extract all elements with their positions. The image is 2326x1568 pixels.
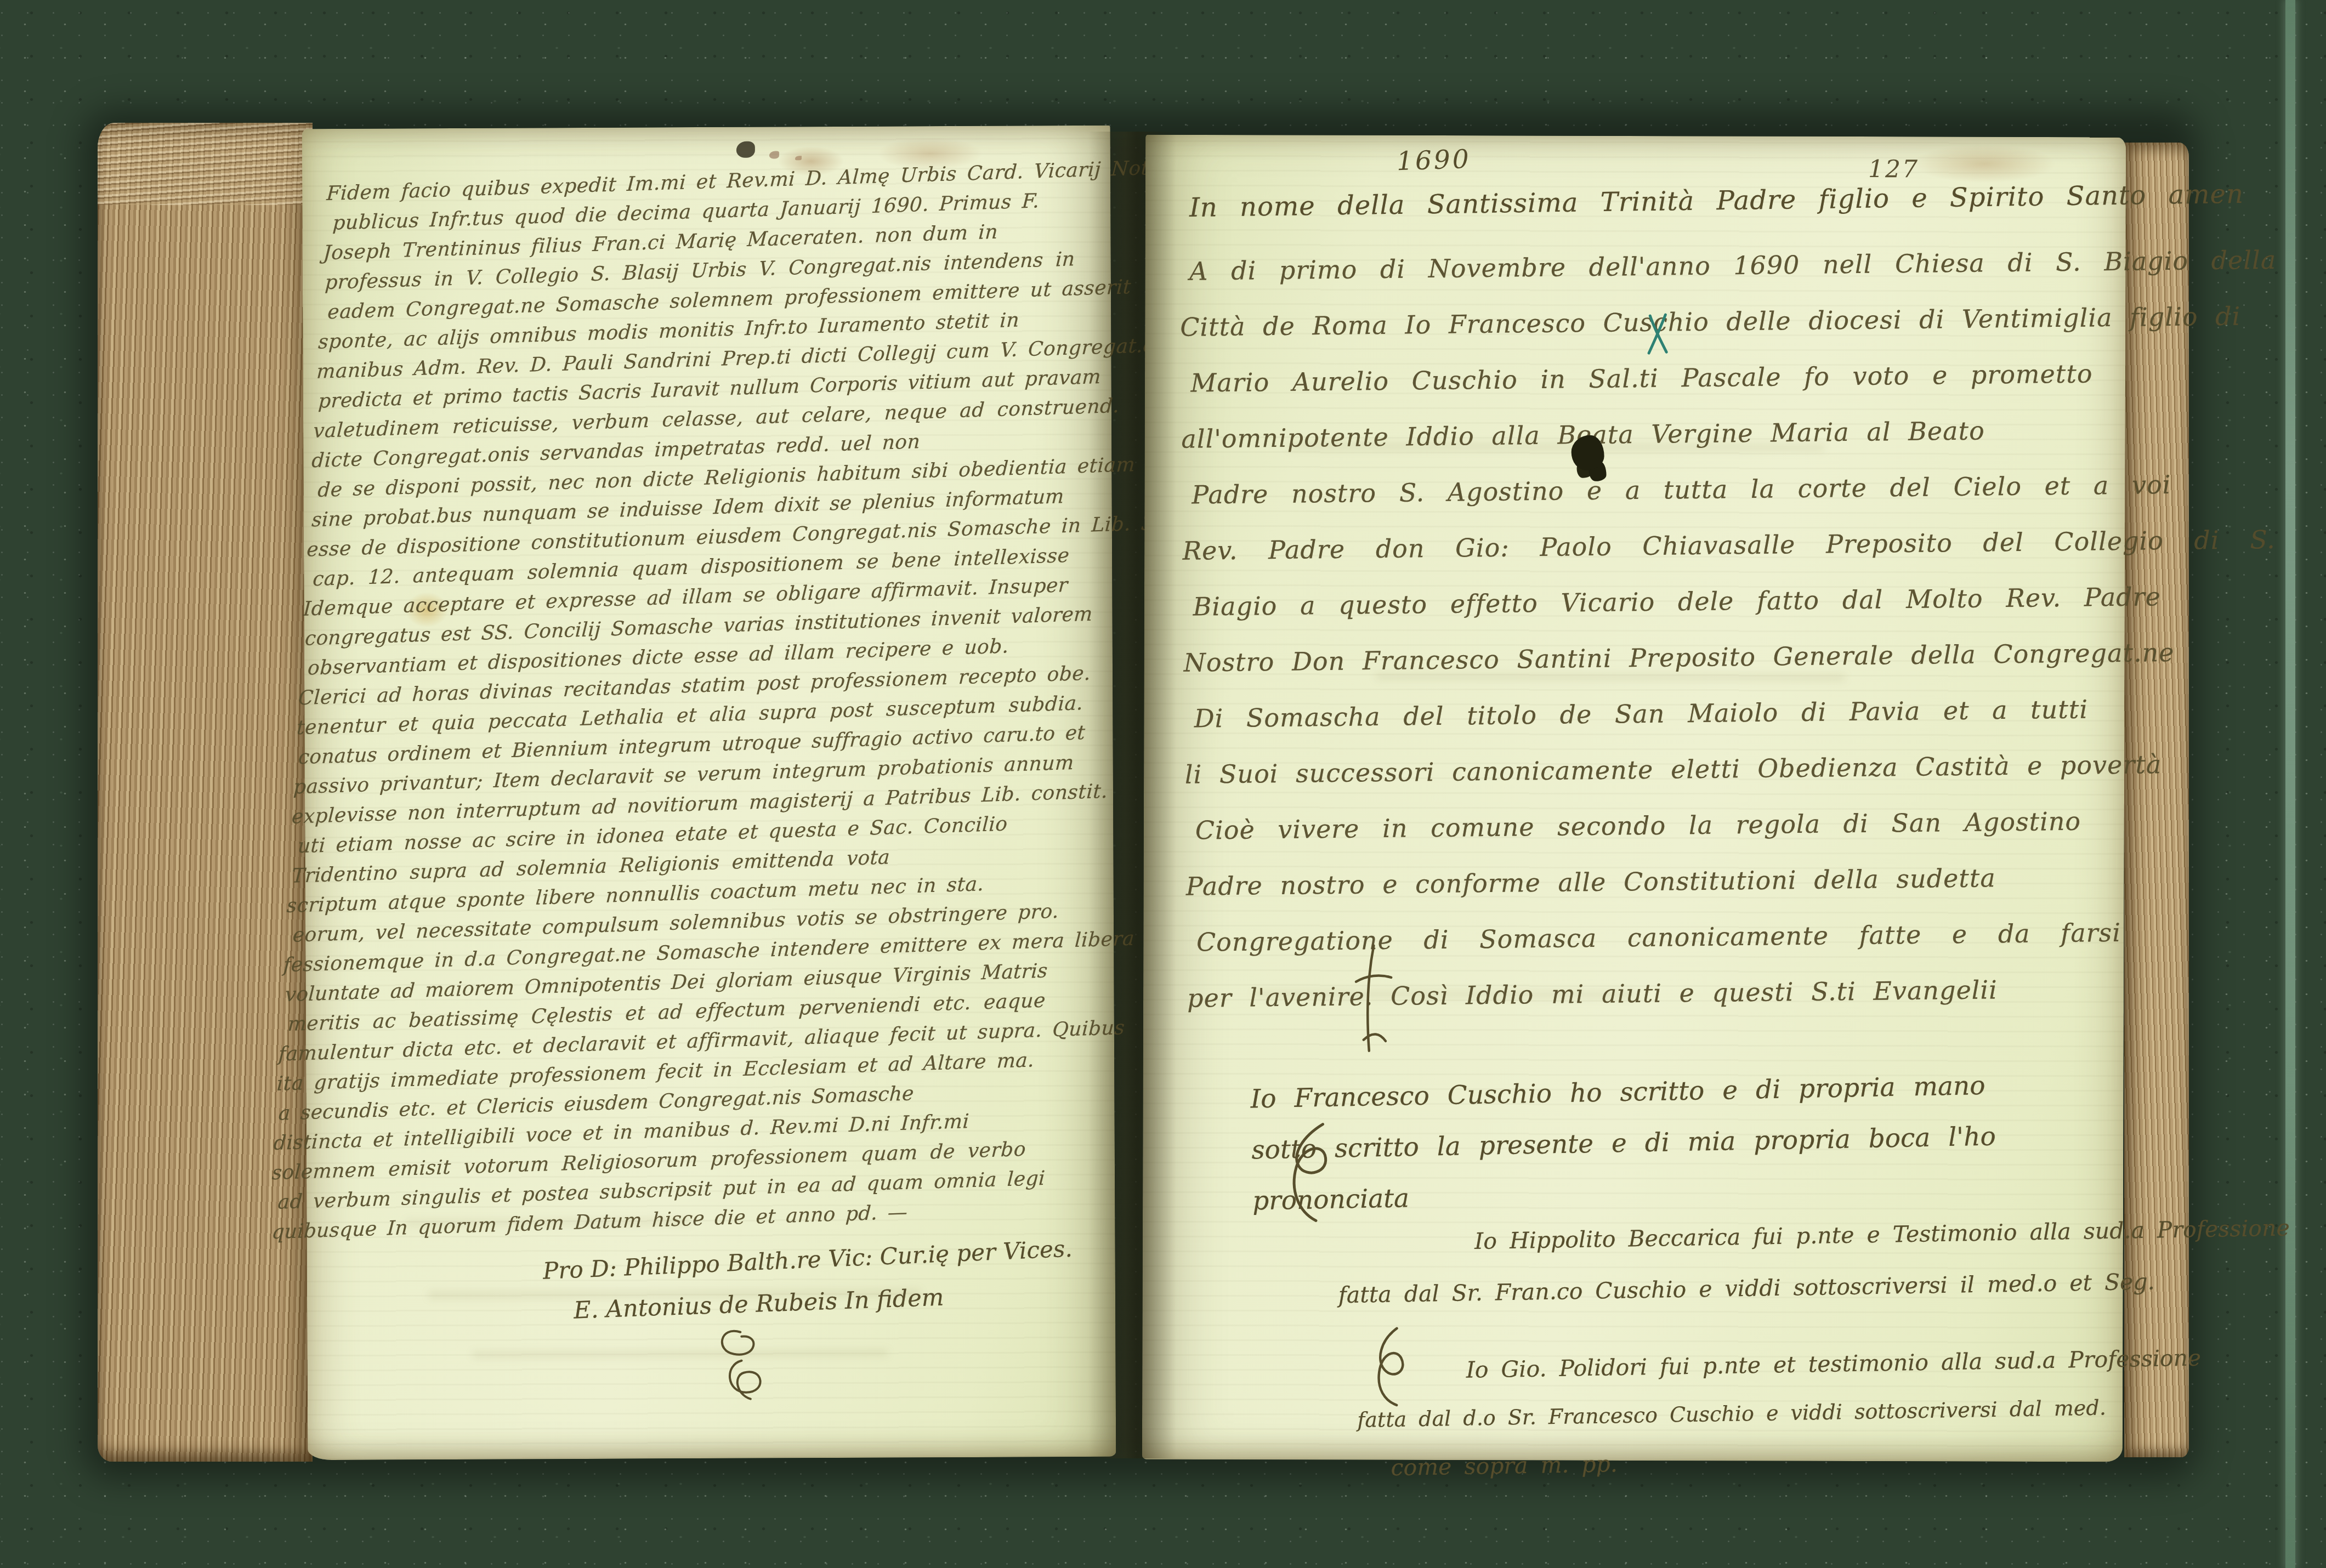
witness-statement-1: Io Hippolito Beccarica fui p.nte e Testi… [1337, 1202, 2291, 1321]
notary-signature-line: E. Antonius de Rubeis In fidem [573, 1284, 944, 1325]
manuscript-photo: Fidem facio quibus expedit Im.mi et Rev.… [0, 0, 2326, 1568]
signature-flourish [1270, 1120, 1347, 1224]
manuscript-line: Mario Aurelio Cuschio in Sal.ti Pascale … [1190, 345, 2102, 411]
left-page: Fidem facio quibus expedit Im.mi et Rev.… [302, 126, 1116, 1460]
profession-text-block: A di primo di Novembre dell'anno 1690 ne… [1179, 234, 2109, 1026]
right-page: 1690 127 In nome della Santissima Trinit… [1142, 135, 2126, 1462]
bleedthrough-ghost [472, 1349, 888, 1359]
ink-smudge [736, 141, 755, 158]
latin-text-block: Fidem facio quibus expedit Im.mi et Rev.… [268, 155, 1094, 1247]
manuscript-line: Di Somascha del titolo de San Maiolo di … [1194, 681, 2106, 746]
manuscript-line: Padre nostro e conforme alle Constitutio… [1185, 849, 2107, 914]
professed-signature-block: Io Francesco Cuschio ho scritto e di pro… [1250, 1060, 1997, 1227]
manuscript-line: A di primo di Novembre dell'anno 1690 ne… [1189, 234, 2101, 299]
oath-cross-flourish [1347, 941, 1397, 1056]
manuscript-line: Nostro Don Francesco Santini Preposito G… [1183, 625, 2105, 691]
stain [1913, 144, 2056, 183]
ink-blot [1572, 435, 1604, 470]
page-number: 127 [1868, 155, 1919, 183]
invocation-heading: In nome della Santissima Trinità Padre f… [1189, 180, 2100, 223]
witness-statement-2: Io Gio. Polidori fui p.nte et testimonio… [1389, 1334, 2203, 1492]
signature-flourish [707, 1322, 774, 1405]
manuscript-line: Città de Roma Io Francesco Cuschio delle… [1180, 289, 2102, 355]
manuscript-line: Rev. Padre don Gio: Paolo Chiavasalle Pr… [1182, 513, 2104, 579]
manuscript-line: all'omnipotente Iddio alla Beata Vergine… [1181, 401, 2103, 467]
manuscript-line: per l'avenire. Così Iddio mi aiuti e que… [1187, 961, 2109, 1026]
manuscript-line: Cioè vivere in comune secondo la regola … [1195, 793, 2107, 858]
backdrop-seam [2285, 0, 2295, 1568]
notary-attestation-line: Pro D: Philippo Balth.re Vic: Cur.ię per… [542, 1235, 1073, 1285]
year-mark: 1690 [1396, 144, 1471, 177]
green-x-mark [1647, 313, 1669, 355]
manuscript-line: Congregatione di Somasca canonicamente f… [1196, 905, 2108, 970]
manuscript-line: li Suoi successori canonicamente eletti … [1184, 737, 2106, 803]
left-page-edges [98, 123, 313, 1462]
manuscript-line: Biagio a questo effetto Vicario dele fat… [1193, 569, 2104, 634]
manuscript-line: Padre nostro S. Agostino e a tutta la co… [1192, 457, 2103, 522]
